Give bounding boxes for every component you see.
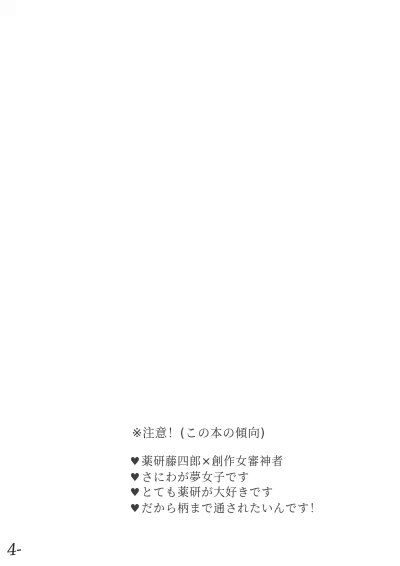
heart-icon: ♥ bbox=[130, 486, 140, 501]
notice-line-text: とても薬研が大好きです bbox=[141, 485, 273, 499]
notice-list: ♥薬研藤四郎×創作女審神者 ♥さにわが夢女子です ♥とても薬研が大好きです ♥だ… bbox=[130, 454, 321, 516]
notice-line-text: だから柄まで通されたいんです！ bbox=[141, 501, 321, 515]
notice-block: ※注意！(この本の傾向) ♥薬研藤四郎×創作女審神者 ♥さにわが夢女子です ♥と… bbox=[130, 426, 321, 516]
notice-line: ♥薬研藤四郎×創作女審神者 bbox=[130, 454, 321, 470]
notice-line: ♥だから柄まで通されたいんです！ bbox=[130, 501, 321, 517]
heart-icon: ♥ bbox=[130, 502, 140, 517]
scan-artifact bbox=[0, 0, 16, 16]
heart-icon: ♥ bbox=[130, 471, 140, 486]
notice-heading: ※注意！(この本の傾向) bbox=[132, 426, 321, 440]
notice-line: ♥とても薬研が大好きです bbox=[130, 485, 321, 501]
heart-icon: ♥ bbox=[130, 455, 140, 470]
notice-line-text: 薬研藤四郎×創作女審神者 bbox=[141, 454, 283, 468]
notice-line: ♥さにわが夢女子です bbox=[130, 470, 321, 486]
scanned-page: ※注意！(この本の傾向) ♥薬研藤四郎×創作女審神者 ♥さにわが夢女子です ♥と… bbox=[0, 0, 400, 566]
page-number-mark: 4- bbox=[6, 539, 22, 559]
notice-line-text: さにわが夢女子です bbox=[141, 470, 249, 484]
